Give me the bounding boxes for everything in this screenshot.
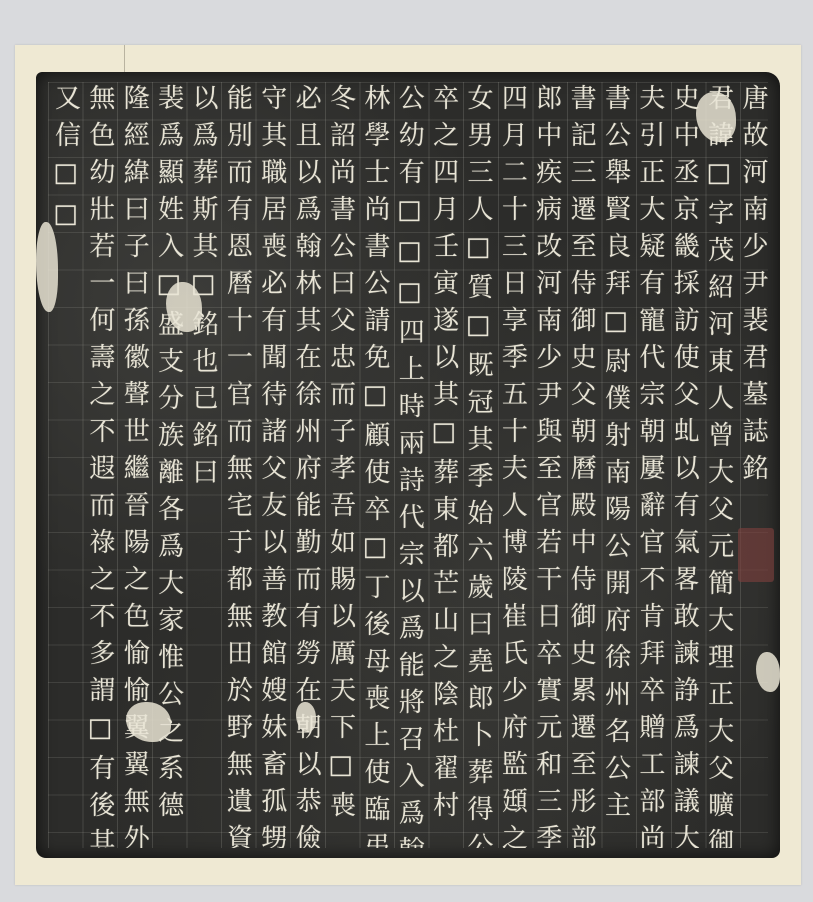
inscription-column: 冬詔尚書公曰父忠而子孝吾如賜以厲天下□喪 — [323, 84, 357, 848]
inscription-column: 書記三遷至侍御史父朝曆殿中侍御史累遷至彤部 — [564, 84, 598, 848]
inscription-column: 以爲葬斯其□銘也已銘曰 — [186, 84, 220, 848]
inscription-column: 裴爲顯姓入□盛支分族離各爲大家惟公之系德 — [151, 84, 185, 848]
inscription-column: 四月二十三日享季五十夫人博陵崔氏少府監頲之 — [495, 84, 529, 848]
inscription-column: 郎中疾病改河南少尹與至官若干日卒實元和三季 — [529, 84, 563, 848]
collector-seal-stamp — [738, 528, 774, 582]
inscription-title-column: 唐故河南少尹裴君墓誌銘 — [736, 84, 770, 848]
inscription-column: 書公舉賢良拜□尉僕射南陽公開府徐州名公主 — [598, 84, 632, 848]
inscription-column: 林學士尚書公請免□顧使卒□丁後母喪上使臨弔 — [358, 84, 392, 848]
inscription-column: 女男三人□質□既冠其季始六歲曰堯郎卜葬得公 — [461, 84, 495, 848]
epitaph-rubbing: 唐故河南少尹裴君墓誌銘 君諱□字茂紹河東人曾大父元簡大理正大父曠御 史中丞京畿採… — [36, 72, 780, 858]
inscription-column: 又信□□ — [48, 84, 82, 848]
inscription-column: 史中丞京畿採訪使父虬以有氣畧敢諫諍爲諫議大 — [667, 84, 701, 848]
inscription-column: 無色幼壯若一何壽之不遐而祿之不多謂□有後其 — [83, 84, 117, 848]
inscription-column: 公幼有□□□四上時兩詩代宗以爲能將召入爲翰 — [392, 84, 426, 848]
inscription-columns: 唐故河南少尹裴君墓誌銘 君諱□字茂紹河東人曾大父元簡大理正大父曠御 史中丞京畿採… — [48, 84, 770, 848]
inscription-column: 夫引正大疑有寵代宗朝屢辭官不肯拜卒贈工部尚 — [633, 84, 667, 848]
inscription-column: 卒之四月壬寅遂以其□葬東都芒山之陰杜翟村 — [426, 84, 460, 848]
inscription-column: 君諱□字茂紹河東人曾大父元簡大理正大父曠御 — [701, 84, 735, 848]
inscription-column: 能別而有恩曆十一官而無宅于都無田於野無遺資 — [220, 84, 254, 848]
inscription-column: 必且以爲翰林其在徐州府能勤而有勞在朝以恭儉 — [289, 84, 323, 848]
inscription-column: 隆經緯曰子曰孫徽聲世繼晉陽之色愉愉翼翼無外 — [117, 84, 151, 848]
inscription-column: 守其職居喪必有聞待諸父友以善教館嫂妹畜孤甥 — [254, 84, 288, 848]
